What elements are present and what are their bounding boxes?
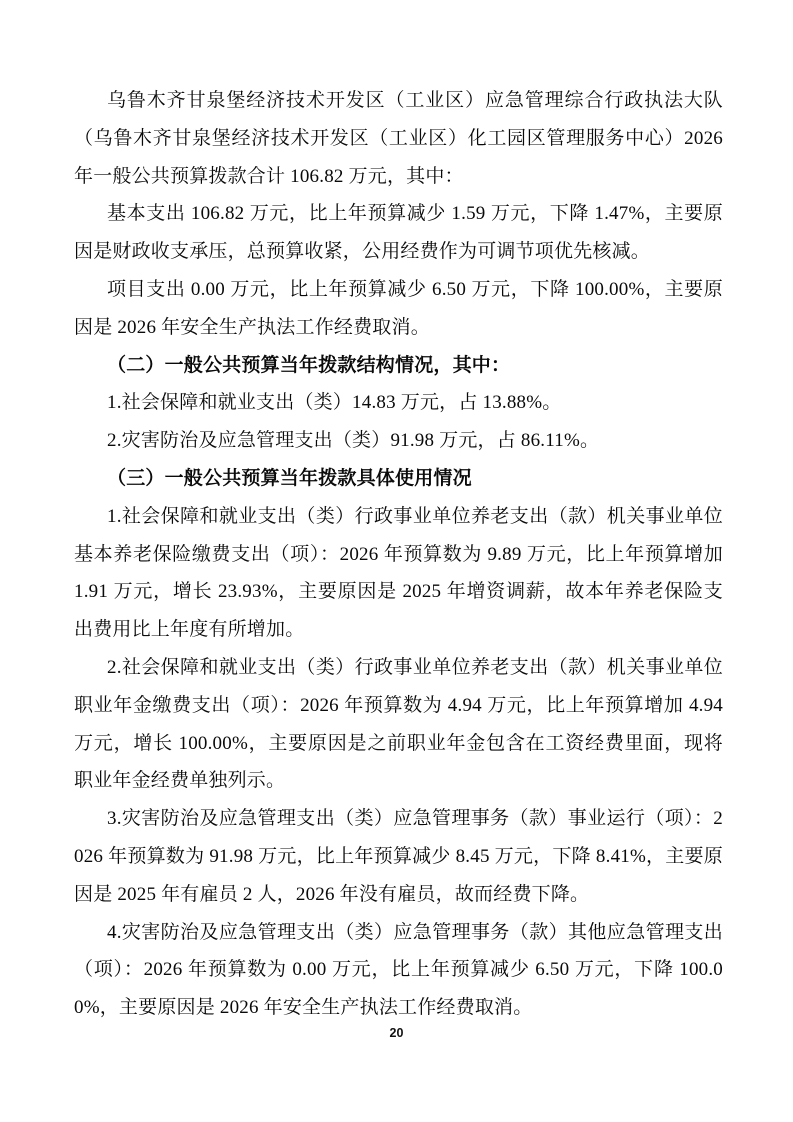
paragraph-usage-item-3: 3.灾害防治及应急管理支出（类）应急管理事务（款）事业运行（项）：2026 年预…	[74, 800, 723, 913]
paragraph-usage-item-1: 1.社会保障和就业支出（类）行政事业单位养老支出（款）机关事业单位基本养老保险缴…	[74, 498, 723, 649]
section-heading-3: （三）一般公共预算当年拨款具体使用情况	[74, 460, 723, 498]
document-page: 乌鲁木齐甘泉堡经济技术开发区（工业区）应急管理综合行政执法大队（乌鲁木齐甘泉堡经…	[0, 0, 793, 1122]
paragraph-intro: 乌鲁木齐甘泉堡经济技术开发区（工业区）应急管理综合行政执法大队（乌鲁木齐甘泉堡经…	[74, 82, 723, 195]
section-heading-2: （二）一般公共预算当年拨款结构情况，其中：	[74, 347, 723, 385]
page-number: 20	[0, 1026, 793, 1040]
paragraph-basic-expenditure: 基本支出 106.82 万元，比上年预算减少 1.59 万元，下降 1.47%，…	[74, 195, 723, 271]
paragraph-structure-item-2: 2.灾害防治及应急管理支出（类）91.98 万元，占 86.11%。	[74, 422, 723, 460]
paragraph-usage-item-2: 2.社会保障和就业支出（类）行政事业单位养老支出（款）机关事业单位职业年金缴费支…	[74, 649, 723, 800]
paragraph-structure-item-1: 1.社会保障和就业支出（类）14.83 万元，占 13.88%。	[74, 384, 723, 422]
paragraph-usage-item-4: 4.灾害防治及应急管理支出（类）应急管理事务（款）其他应急管理支出（项）：202…	[74, 914, 723, 1027]
paragraph-project-expenditure: 项目支出 0.00 万元，比上年预算减少 6.50 万元，下降 100.00%，…	[74, 271, 723, 347]
document-body: 乌鲁木齐甘泉堡经济技术开发区（工业区）应急管理综合行政执法大队（乌鲁木齐甘泉堡经…	[74, 82, 723, 1027]
